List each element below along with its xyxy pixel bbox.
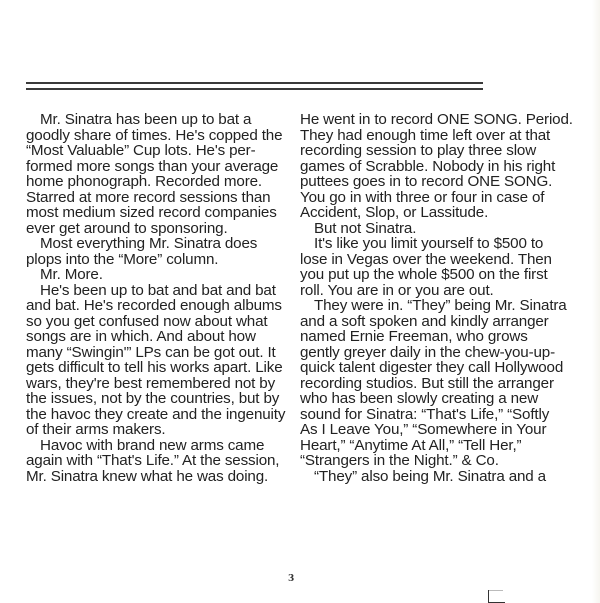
text-line: “They” also being Mr. Sinatra and a <box>300 469 562 485</box>
text-line: Mr. Sinatra has been up to bat a <box>26 112 276 128</box>
text-line: Havoc with brand new arms came <box>26 438 276 454</box>
text-line: Mr. More. <box>26 267 276 283</box>
text-line: recording session to play three slow <box>300 143 562 159</box>
text-line: sound for Sinatra: “That's Life,” “Softl… <box>300 407 562 423</box>
text-line: Mr. Sinatra knew what he was doing. <box>26 469 276 485</box>
text-line: As I Leave You,” “Somewhere in Your <box>300 422 562 438</box>
text-line: many “Swingin'” LPs can be got out. It <box>26 345 276 361</box>
text-line: recording studios. But still the arrange… <box>300 376 562 392</box>
text-line: songs are in which. And about how <box>26 329 276 345</box>
text-line: puttees goes in to record ONE SONG. <box>300 174 562 190</box>
text-line: Heart,” “Anytime At All,” “Tell Her,” <box>300 438 562 454</box>
text-line: “Most Valuable” Cup lots. He's per- <box>26 143 276 159</box>
page-number: 3 <box>288 574 294 584</box>
text-line: named Ernie Freeman, who grows <box>300 329 562 345</box>
text-line: formed more songs than your average <box>26 159 276 175</box>
text-line: the issues, not by the countries, but by <box>26 391 276 407</box>
text-line: most medium sized record companies <box>26 205 276 221</box>
text-line: home phonograph. Recorded more. <box>26 174 276 190</box>
text-line: “Strangers in the Night.” & Co. <box>300 453 562 469</box>
text-line: You go in with three or four in case of <box>300 190 562 206</box>
text-line: who has been slowly creating a new <box>300 391 562 407</box>
text-line: and a soft spoken and kindly arranger <box>300 314 562 330</box>
text-line: They had enough time left over at that <box>300 128 562 144</box>
text-line: the havoc they create and the ingenuity <box>26 407 276 423</box>
text-line: Accident, Slop, or Lassitude. <box>300 205 562 221</box>
text-line: It's like you limit yourself to $500 to <box>300 236 562 252</box>
header-rule-top <box>26 82 483 84</box>
crop-mark <box>488 590 505 603</box>
text-line: games of Scrabble. Nobody in his right <box>300 159 562 175</box>
right-text-column: He went in to record ONE SONG. Period. T… <box>300 112 562 484</box>
text-line: wars, they're best remembered not by <box>26 376 276 392</box>
text-line: goodly share of times. He's copped the <box>26 128 276 144</box>
text-line: lose in Vegas over the weekend. Then <box>300 252 562 268</box>
text-line: ever get around to sponsoring. <box>26 221 276 237</box>
text-line: you put up the whole $500 on the first <box>300 267 562 283</box>
text-line: gently greyer daily in the chew-you-up- <box>300 345 562 361</box>
text-line: quick talent digester they call Hollywoo… <box>300 360 562 376</box>
page-edge-shadow <box>592 0 600 603</box>
text-line: and bat. He's recorded enough albums <box>26 298 276 314</box>
text-line: He went in to record ONE SONG. Period. <box>300 112 562 128</box>
text-line: roll. You are in or you are out. <box>300 283 562 299</box>
text-line: again with “That's Life.” At the session… <box>26 453 276 469</box>
text-line: of their arms makers. <box>26 422 276 438</box>
left-text-column: Mr. Sinatra has been up to bat a goodly … <box>26 112 276 484</box>
text-line: gets difficult to tell his works apart. … <box>26 360 276 376</box>
text-line: Starred at more record sessions than <box>26 190 276 206</box>
text-line: They were in. “They” being Mr. Sinatra <box>300 298 562 314</box>
text-line: But not Sinatra. <box>300 221 562 237</box>
text-line: plops into the “More” column. <box>26 252 276 268</box>
text-line: Most everything Mr. Sinatra does <box>26 236 276 252</box>
header-rule-bottom <box>26 88 483 90</box>
text-line: He's been up to bat and bat and bat <box>26 283 276 299</box>
text-line: so you get confused now about what <box>26 314 276 330</box>
